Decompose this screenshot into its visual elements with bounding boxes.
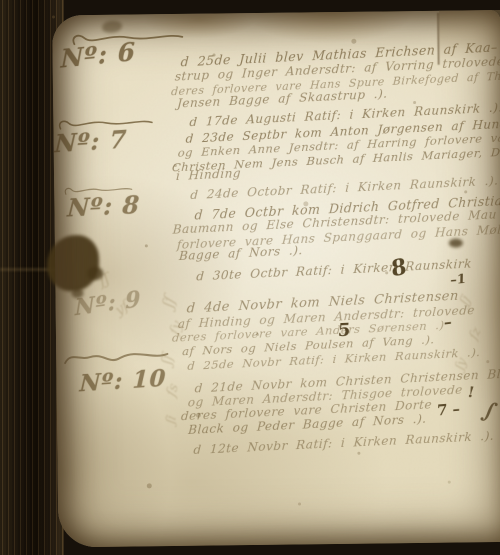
entry-number: Nº: 9 [74, 286, 141, 321]
dust-speckles [52, 15, 55, 18]
entry-number: Nº: 10 [79, 365, 167, 398]
annotation-mark: –1 [450, 272, 466, 288]
handwriting-line: d 30te Octbr Ratif: i Kirken Raunskirk [196, 257, 472, 284]
annotation-mark: ∫ [479, 397, 500, 425]
bleedthrough-text: ʃſ [158, 293, 178, 310]
handwritten-entries: Nº: 6d 25de Julii blev Mathias Erichsen … [52, 10, 500, 15]
bleedthrough-text: ʃi [164, 414, 180, 426]
ink-blot [449, 238, 463, 247]
entry-number: Nº: 6 [61, 37, 136, 74]
manuscript-photo: Nº: 6d 25de Julii blev Mathias Erichsen … [0, 0, 500, 555]
entry-number: Nº: 7 [54, 125, 128, 159]
manuscript-page: Nº: 6d 25de Julii blev Mathias Erichsen … [52, 10, 500, 547]
annotation-mark: 8 [390, 254, 407, 283]
bleedthrough-text: ſz [467, 325, 485, 343]
ink-blot [47, 235, 100, 292]
flourish-swash [61, 346, 173, 365]
annotation-mark: 5 [337, 320, 351, 342]
bleedthrough-text: ſs [164, 381, 182, 399]
annotation-mark: – [444, 312, 452, 332]
annotation-mark: ! [466, 383, 476, 401]
annotation-mark: 7 – [437, 400, 461, 420]
entry-number: Nº: 8 [67, 190, 141, 223]
handwriting-line: i Hinding [176, 166, 242, 183]
